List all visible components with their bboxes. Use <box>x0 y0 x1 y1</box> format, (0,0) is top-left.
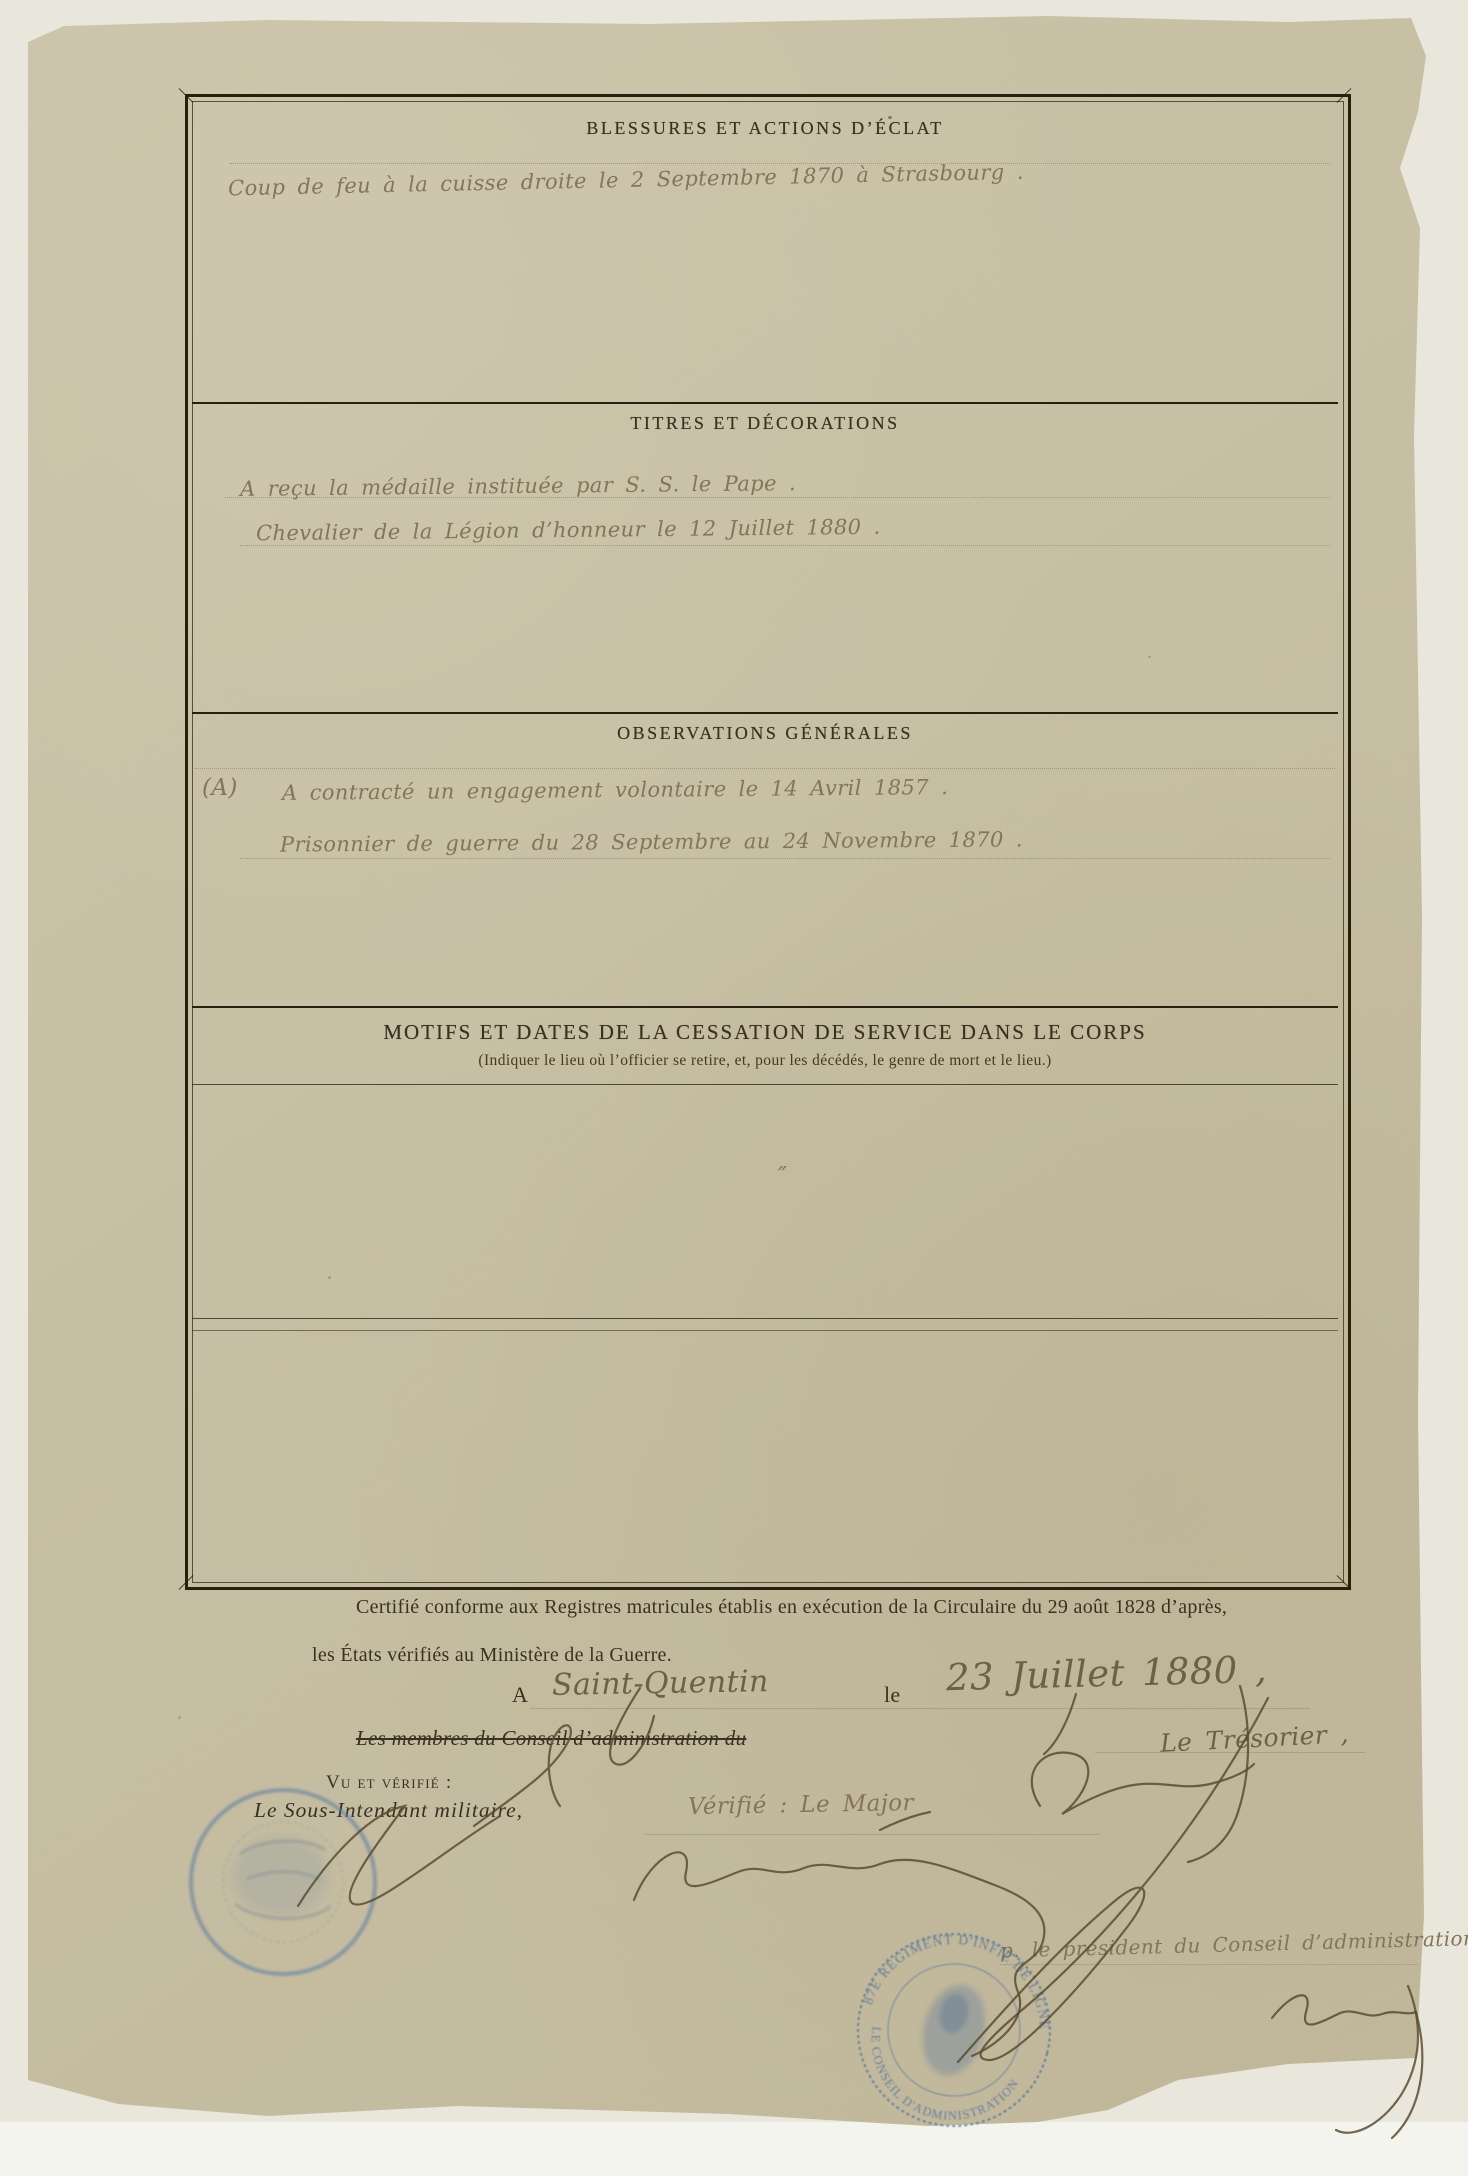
signature-baseline <box>645 1834 1100 1835</box>
paper-speck <box>178 1716 181 1719</box>
place-prefix-label: A <box>512 1682 528 1708</box>
section-divider <box>192 1006 1338 1008</box>
date-prefix-label: le <box>884 1682 900 1708</box>
signature-baseline <box>1095 1752 1365 1753</box>
handwritten-place: Saint-Quentin <box>552 1664 769 1703</box>
section-subtitle-motifs: (Indiquer le lieu où l’officier se retir… <box>192 1052 1338 1070</box>
certification-line-2: les États vérifiés au Ministère de la Gu… <box>312 1644 672 1667</box>
certification-line-1: Certifié conforme aux Registres matricul… <box>356 1596 1227 1619</box>
writing-guide-line <box>240 545 1330 546</box>
handwritten-verifie-major: Vérifié : Le Major <box>688 1790 914 1820</box>
scanned-document: BLESSURES ET ACTIONS D’ÉCLAT Coup de feu… <box>0 0 1468 2176</box>
scanner-underlay <box>0 2122 1468 2176</box>
section-rule <box>192 1318 1338 1319</box>
section-rule <box>192 1330 1338 1331</box>
writing-guide-line <box>240 858 1330 859</box>
section-divider <box>192 402 1338 404</box>
section-title-motifs: MOTIFS ET DATES DE LA CESSATION DE SERVI… <box>192 1020 1338 1045</box>
handwritten-marker-A: (A) <box>202 775 238 801</box>
section-rule <box>192 1084 1338 1085</box>
signature-baseline <box>530 1708 1310 1709</box>
handwritten-ditto-mark: ″ <box>778 1162 787 1190</box>
writing-guide-line <box>195 768 1335 769</box>
section-title-blessures: BLESSURES ET ACTIONS D’ÉCLAT <box>192 118 1338 139</box>
section-title-titres: TITRES ET DÉCORATIONS <box>192 413 1338 434</box>
section-divider <box>192 712 1338 714</box>
section-title-observations: OBSERVATIONS GÉNÉRALES <box>192 723 1338 744</box>
members-council-struck-label: Les membres du Conseil d’administration … <box>356 1726 746 1751</box>
stamp-sous-intendance <box>185 1784 385 1984</box>
handwritten-date: 23 Juillet 1880 , <box>945 1648 1267 1699</box>
